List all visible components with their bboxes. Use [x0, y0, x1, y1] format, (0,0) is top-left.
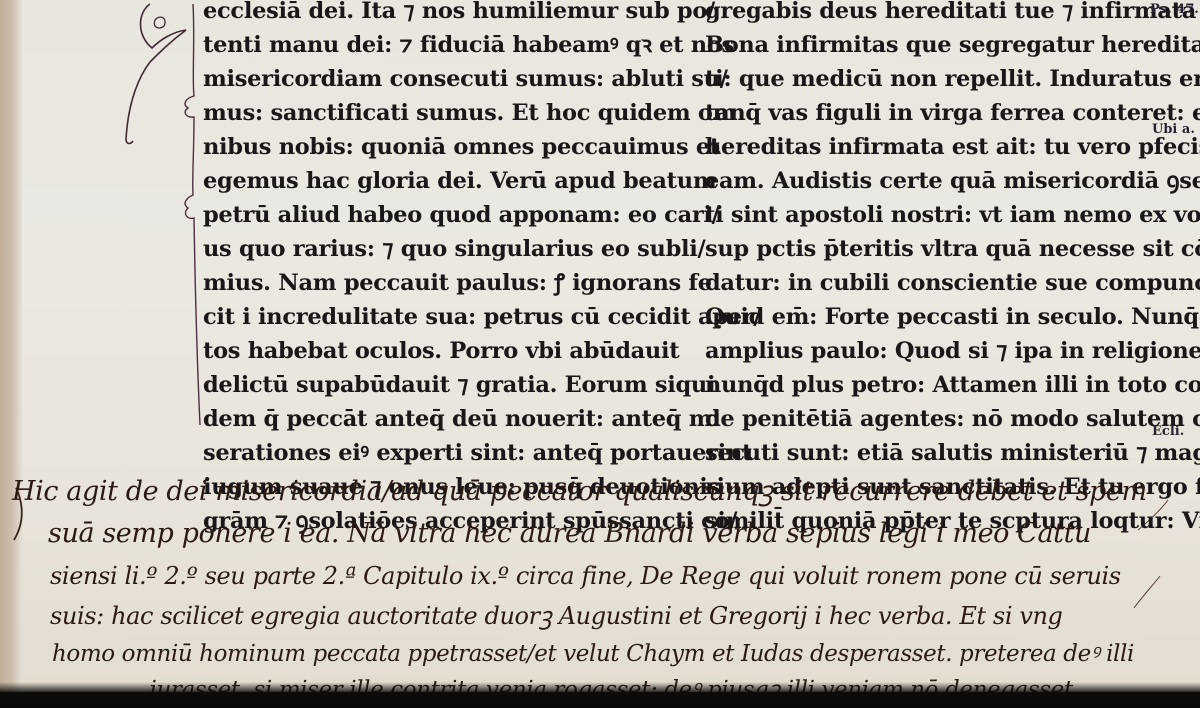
- text-column-left: ecclesiā dei. Ita ⁊ nos humiliemur sub p…: [203, 0, 673, 538]
- text-line: ti sint apostoli nostri: vt iam nemo ex …: [705, 198, 1145, 232]
- text-line: egemus hac gloria dei. Verū apud beatum: [203, 164, 673, 198]
- initial-flourish-icon: [126, 4, 186, 144]
- text-line: tanq̄ vas figuli in virga ferrea contere…: [705, 96, 1145, 130]
- text-line: ecclesiā dei. Ita ⁊ nos humiliemur sub p…: [203, 0, 673, 28]
- text-line: tos habebat oculos. Porro vbi abūdauit: [203, 334, 673, 368]
- text-line: secuti sunt: etiā salutis ministeriū ⁊ m…: [705, 436, 1145, 470]
- text-line: us quo rarius: ⁊ quo singularius eo subl…: [203, 232, 673, 266]
- text-line: gregabis deus hereditati tue ⁊ infirmata…: [705, 0, 1145, 28]
- text-line: misericordiam consecuti sumus: abluti su…: [203, 62, 673, 96]
- text-line: sup pctis p̄teritis vltra quā necesse si…: [705, 232, 1145, 266]
- text-line: ti: que medicū non repellit. Induratus e…: [705, 62, 1145, 96]
- margin-note-ecli: Ecli.: [1152, 424, 1184, 439]
- text-line: petrū aliud habeo quod apponam: eo cari/: [203, 198, 673, 232]
- text-line: nunq̄d plus petro: Attamen illi in toto …: [705, 368, 1145, 402]
- text-line: nibus nobis: quoniā omnes peccauimus et: [203, 130, 673, 164]
- text-line: de penitētiā agentes: nō modo salutem co…: [705, 402, 1145, 436]
- manuscript-line: Hic agit de dei misericordia/ad quā pecc…: [12, 470, 1147, 514]
- text-line: mus: sanctificati sumus. Et hoc quidem o…: [203, 96, 673, 130]
- text-line: mius. Nam peccauit paulus: ꝭ ignorans fe: [203, 266, 673, 300]
- margin-note-ubi: Ubi a.: [1152, 122, 1195, 137]
- text-line: dem q̄ peccāt anteq̄ deū nouerit: anteq̄…: [203, 402, 673, 436]
- margin-note-psalm: Ps. 47.: [1150, 2, 1199, 17]
- text-line: Quid em̄: Forte peccasti in seculo. Nunq…: [705, 300, 1145, 334]
- bottom-shadow: [0, 682, 1200, 708]
- text-line: Bona infirmitas que segregatur heredita/: [705, 28, 1145, 62]
- page-edge: [0, 0, 22, 692]
- margin-bracket-icon: [185, 4, 200, 425]
- book-page: ecclesiā dei. Ita ⁊ nos humiliemur sub p…: [0, 0, 1200, 692]
- manuscript-line: siensi li.º 2.º seu parte 2.ª Capitulo i…: [50, 554, 1121, 598]
- text-line: hereditas infirmata est ait: tu vero pfe…: [705, 130, 1145, 164]
- text-line: datur: in cubili conscientie sue compunc…: [705, 266, 1145, 300]
- manuscript-line: suā semp ponere i ea. Nā vltra hec aurea…: [48, 512, 1091, 556]
- text-line: eam. Audistis certe quā misericordiā ꝯse…: [705, 164, 1145, 198]
- text-line: serationes eiꝰ experti sint: anteq̄ port…: [203, 436, 673, 470]
- text-line: delictū supabūdauit ⁊ gratia. Eorum siqu…: [203, 368, 673, 402]
- text-line: amplius paulo: Quod si ⁊ ipa in religion…: [705, 334, 1145, 368]
- text-column-right: gregabis deus hereditati tue ⁊ infirmata…: [705, 0, 1145, 538]
- text-line: cit i incredulitate sua: petrus cū cecid…: [203, 300, 673, 334]
- text-line: tenti manu dei: ⁊ fiduciā habeamꝰ qꝛ et …: [203, 28, 673, 62]
